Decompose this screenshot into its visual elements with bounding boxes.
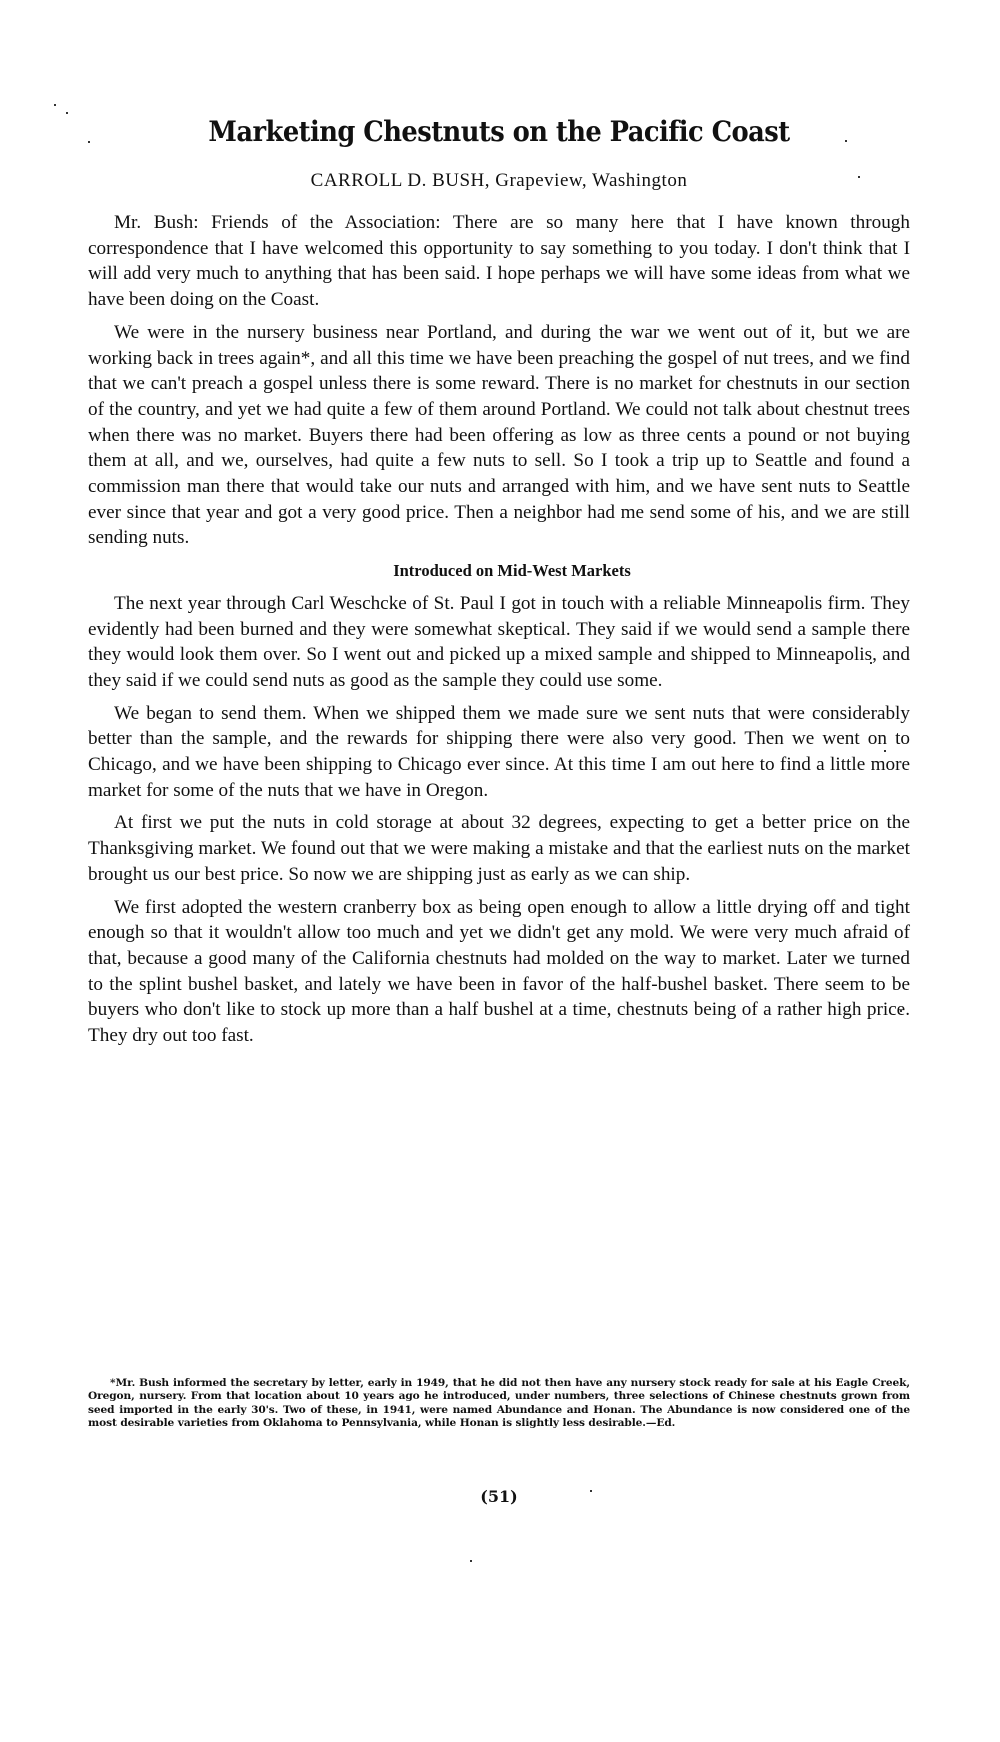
scan-speck xyxy=(845,140,847,142)
scan-speck xyxy=(470,1560,472,1562)
body-paragraph: We were in the nursery business near Por… xyxy=(88,320,910,551)
scan-speck xyxy=(54,104,56,106)
page-number: (51) xyxy=(88,1487,910,1506)
body-paragraph: We first adopted the western cranberry b… xyxy=(88,895,910,1049)
scan-speck xyxy=(870,662,872,664)
body-paragraph: We began to send them. When we shipped t… xyxy=(88,701,910,804)
article-title: Marketing Chestnuts on the Pacific Coast xyxy=(121,112,877,152)
scan-speck xyxy=(884,750,886,752)
body-paragraph: At first we put the nuts in cold storage… xyxy=(88,810,910,887)
body-paragraph: The next year through Carl Weschcke of S… xyxy=(88,591,910,694)
scan-speck xyxy=(858,176,860,178)
scan-speck xyxy=(88,141,90,143)
scan-speck xyxy=(900,1010,902,1012)
article-author: CARROLL D. BUSH, Grapeview, Washington xyxy=(88,168,910,194)
body-paragraph: Mr. Bush: Friends of the Association: Th… xyxy=(88,210,910,313)
scan-speck xyxy=(66,112,68,114)
article-body: Mr. Bush: Friends of the Association: Th… xyxy=(88,210,910,1056)
footnote: *Mr. Bush informed the secretary by lett… xyxy=(88,1377,910,1431)
scan-speck xyxy=(590,1490,592,1492)
section-heading: Introduced on Mid-West Markets xyxy=(88,558,910,584)
